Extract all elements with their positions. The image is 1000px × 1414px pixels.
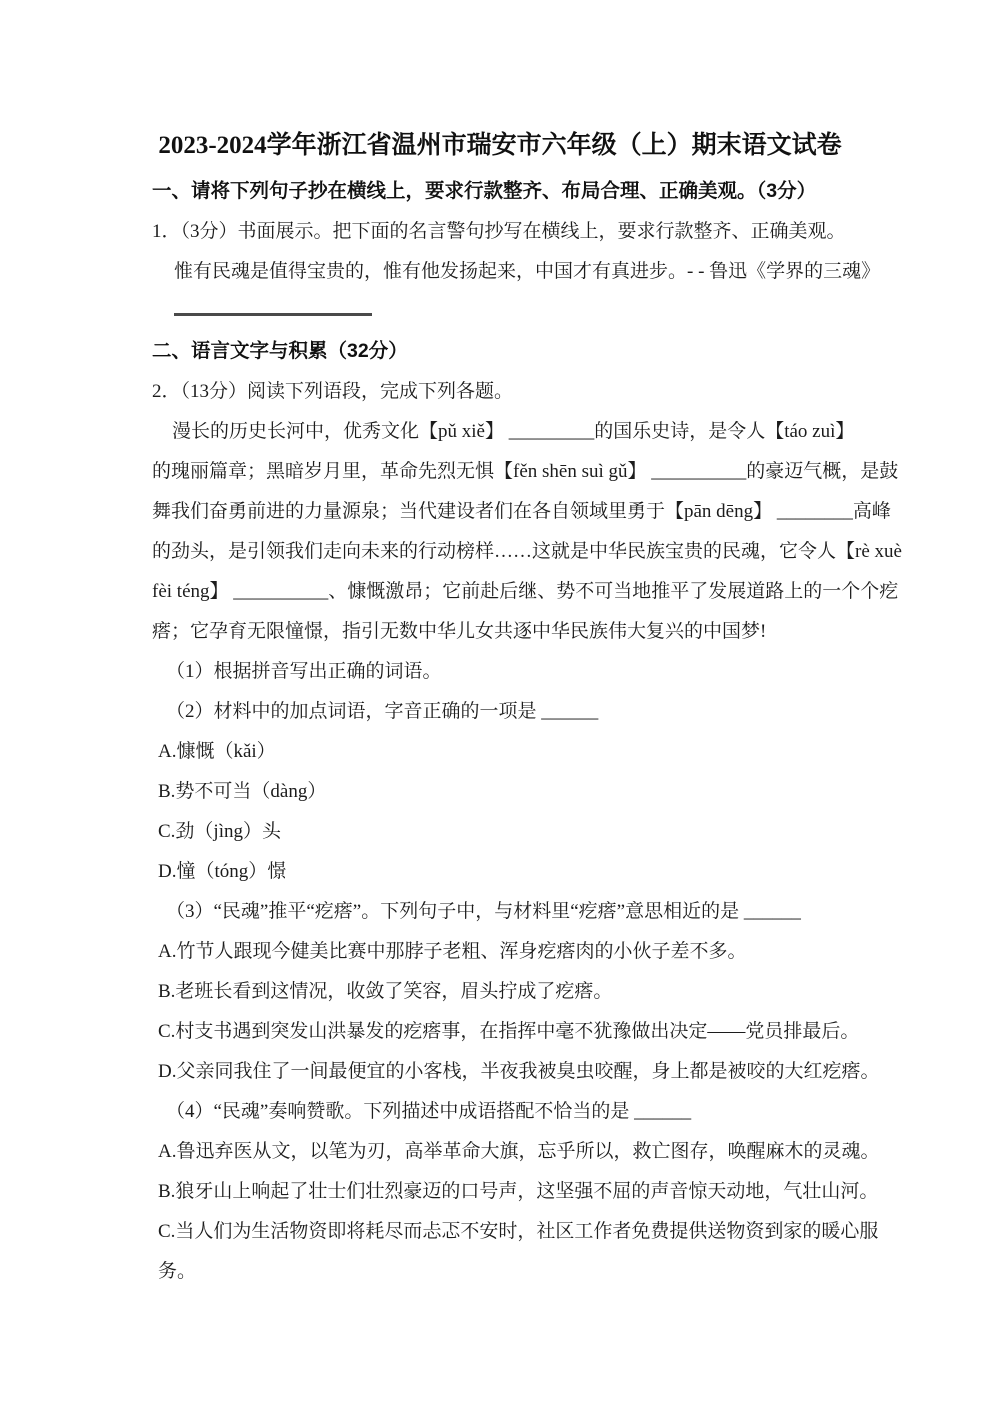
passage-line: fèi téng】 __________、慷慨激昂；它前赴后继、势不可当地推平了…: [152, 572, 890, 612]
question-3-option-b: B.老班长看到这情况，收敛了笑容，眉头拧成了疙瘩。: [158, 972, 890, 1012]
passage-line: 舞我们奋勇前进的力量源泉；当代建设者们在各自领域里勇于【pān dēng】 __…: [152, 492, 890, 532]
item2-stem: 2．（13分）阅读下列语段，完成下列各题。: [152, 372, 890, 412]
question-2-option-a: A.慷慨（kǎi）: [158, 732, 890, 772]
item1-stem: 1．（3分）书面展示。把下面的名言警句抄写在横线上，要求行款整齐、正确美观。: [152, 212, 890, 252]
passage-line: 的劲头，是引领我们走向未来的行动榜样……这就是中华民族宝贵的民魂，它令人【rè …: [152, 532, 890, 572]
question-2-stem: （2）材料中的加点词语，字音正确的一项是 ______: [166, 692, 890, 732]
question-3-option-a: A.竹节人跟现今健美比赛中那脖子老粗、浑身疙瘩肉的小伙子差不多。: [158, 932, 890, 972]
exam-page: 2023-2024学年浙江省温州市瑞安市六年级（上）期末语文试卷 一、请将下列句…: [0, 0, 1000, 1414]
question-4-option-c: C.当人们为生活物资即将耗尽而忐忑不安时，社区工作者免费提供送物资到家的暖心服务…: [158, 1212, 886, 1292]
passage-line: 瘩；它孕育无限憧憬，指引无数中华儿女共逐中华民族伟大复兴的中国梦!: [152, 612, 890, 652]
question-4-option-b: B.狼牙山上响起了壮士们壮烈豪迈的口号声，这坚强不屈的声音惊天动地，气壮山河。: [158, 1172, 890, 1212]
page-title: 2023-2024学年浙江省温州市瑞安市六年级（上）期末语文试卷: [0, 128, 1000, 164]
question-3-option-d: D.父亲同我住了一间最便宜的小客栈，半夜我被臭虫咬醒，身上都是被咬的大红疙瘩。: [158, 1052, 890, 1092]
question-3-option-c: C.村支书遇到突发山洪暴发的疙瘩事，在指挥中毫不犹豫做出决定——党员排最后。: [158, 1012, 890, 1052]
passage-line: 的瑰丽篇章；黑暗岁月里，革命先烈无惧【fěn shēn suì gǔ】 ____…: [152, 452, 890, 492]
question-1-stem: （1）根据拼音写出正确的词语。: [166, 652, 890, 692]
section1-heading: 一、请将下列句子抄在横线上，要求行款整齐、布局合理、正确美观。（3分）: [152, 170, 890, 212]
question-2-option-d: D.憧（tóng）憬: [158, 852, 890, 892]
passage-line: 漫长的历史长河中，优秀文化【pǔ xiě】 _________的国乐史诗，是令人…: [172, 412, 890, 452]
question-2-option-b: B.势不可当（dàng）: [158, 772, 890, 812]
question-4-stem: （4）“民魂”奏响赞歌。下列描述中成语搭配不恰当的是 ______: [166, 1092, 890, 1132]
question-3-stem: （3）“民魂”推平“疙瘩”。下列句子中，与材料里“疙瘩”意思相近的是 _____…: [166, 892, 890, 932]
question-4-option-a: A.鲁迅弃医从文，以笔为刃，高举革命大旗，忘乎所以，救亡图存，唤醒麻木的灵魂。: [158, 1132, 890, 1172]
section2-heading: 二、语言文字与积累（32分）: [152, 330, 890, 372]
item1-quote: 惟有民魂是值得宝贵的，惟有他发扬起来，中国才有真进步。- - 鲁迅《学界的三魂》: [174, 252, 890, 292]
question-2-option-c: C.劲（jìng）头: [158, 812, 890, 852]
answer-line: [174, 292, 372, 316]
